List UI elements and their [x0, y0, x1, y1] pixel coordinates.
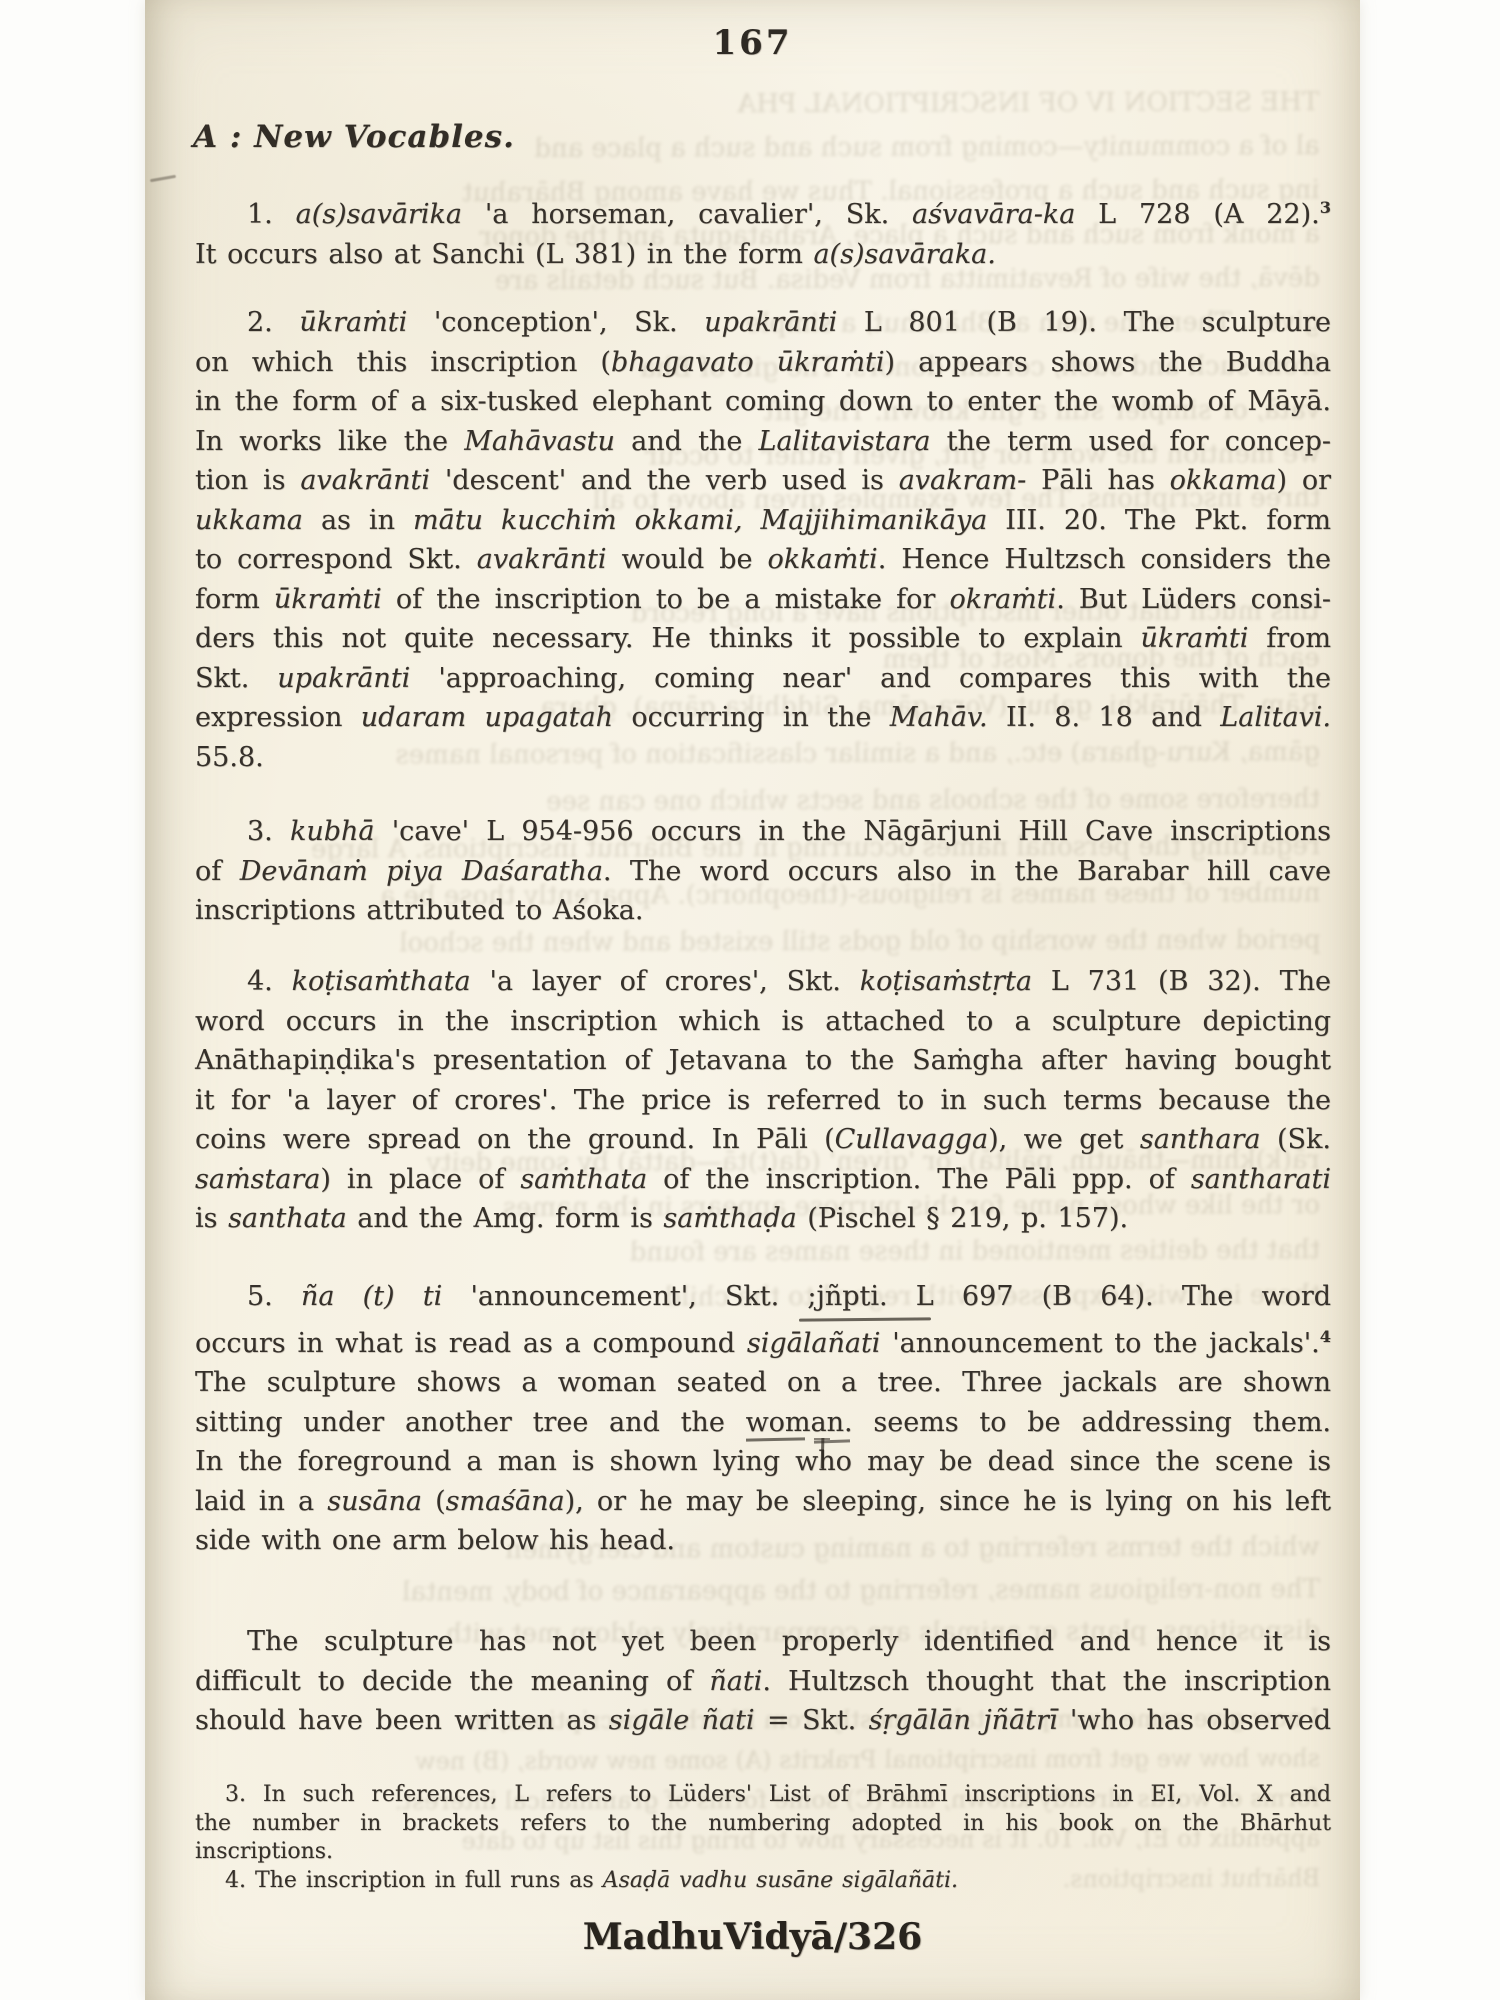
text-segment: ), we get: [988, 1124, 1140, 1155]
text-segment: ), or he may be sleeping, since he is ly…: [565, 1486, 1331, 1517]
text-segment: 'conception', Sk.: [407, 307, 704, 338]
text-line: tion is avakrānti 'descent' and the verb…: [195, 461, 1331, 501]
text-segment: Anāthapiṇḍika's presentation of Jetavana…: [195, 1045, 1331, 1076]
text-segment: saṁthaḍa: [663, 1203, 796, 1234]
text-segment: mātu kucchiṁ okkami, Majjihimanikāya: [413, 505, 987, 536]
text-segment: of the inscription to be a mistake for: [382, 584, 950, 615]
text-segment: 'approaching, coming near' and compares …: [410, 663, 1331, 694]
text-line: expression udaram upagatah occurring in …: [195, 698, 1331, 738]
text-segment: 'descent' and the verb used is: [430, 465, 899, 496]
text-segment: 55.8.: [195, 742, 264, 773]
text-segment: In the foreground a man is shown lying: [195, 1446, 795, 1477]
text-segment: inscriptions attributed to Aśoka.: [195, 895, 643, 926]
text-segment: 1.: [247, 199, 296, 230]
text-segment: . Hence Hultzsch considers the: [878, 544, 1331, 575]
text-line: on which this inscription (bhagavato ūkr…: [195, 343, 1331, 383]
text-segment: may be dead since the scene is: [852, 1446, 1331, 1477]
text-segment: bhagavato ūkraṁti: [611, 347, 885, 378]
text-segment: In works like the: [195, 426, 464, 457]
text-segment: occurring in the: [613, 702, 890, 733]
text-line: In the foreground a man is shown lying w…: [195, 1442, 1331, 1482]
scanned-book-page-screenshot: { "page": { "number": "167", "heading": …: [0, 0, 1500, 2000]
text-line: ders this not quite necessary. He thinks…: [195, 619, 1331, 659]
text-line: 5. ña (t) ti 'announcement', Skt. ;jñpti…: [195, 1277, 1331, 1317]
text-line: It occurs also at Sanchi (L 381) in the …: [195, 235, 1331, 275]
text-segment: should have been written as: [195, 1705, 609, 1736]
text-segment: kubhā: [290, 816, 375, 847]
text-segment: Cullavagga: [835, 1124, 988, 1155]
text-segment: tion is: [195, 465, 300, 496]
text-segment: II. 8. 18 and: [988, 702, 1221, 733]
text-segment: upakrānti: [704, 307, 837, 338]
text-segment: (Pischel § 219, p. 157).: [797, 1203, 1128, 1234]
pen-underlined-word: woman.: [746, 1407, 853, 1438]
text-segment: Lalitavi.: [1220, 702, 1331, 733]
text-line: In works like the Mahāvastu and the Lali…: [195, 422, 1331, 462]
text-segment: difficult to decide the meaning of: [195, 1666, 709, 1697]
footer-text: MadhuVidyā/326: [145, 1916, 1360, 1958]
text-line: 1. a(s)savārika 'a horseman, cavalier', …: [195, 188, 1331, 235]
text-segment: is: [195, 1203, 228, 1234]
text-segment: ūkraṁti: [1140, 623, 1248, 654]
text-segment: Mahāvastu: [464, 426, 615, 457]
text-segment: 'who has observed: [1058, 1705, 1331, 1736]
text-segment: on which this inscription (: [195, 347, 611, 378]
text-segment: the number in brackets refers to the num…: [195, 1811, 1331, 1836]
text-segment: upakrānti: [277, 663, 410, 694]
text-line: The sculpture has not yet been properly …: [195, 1622, 1331, 1662]
text-segment: okraṁti: [949, 584, 1056, 615]
text-line: in the form of a six-tusked elephant com…: [195, 382, 1331, 422]
text-line: 3. In such references, L refers to Lüder…: [195, 1781, 1331, 1810]
text-segment: III. 20. The Pkt. form: [987, 505, 1331, 536]
text-segment: 2.: [247, 307, 299, 338]
text-segment: ūkraṁti: [299, 307, 407, 338]
superscript-reference: 3: [1320, 198, 1331, 217]
text-segment: L 728 (A 22).: [1075, 199, 1319, 230]
section-heading: A : New Vocables.: [193, 119, 515, 155]
superscript-reference: 4: [1320, 1327, 1331, 1346]
paragraph-closing: The sculpture has not yet been properly …: [195, 1622, 1331, 1741]
text-segment: The sculpture has not yet been properly …: [247, 1626, 1331, 1657]
text-segment: koṭisaṁstṛta: [860, 966, 1032, 997]
text-segment: form: [195, 584, 274, 615]
text-segment: santhara: [1140, 1124, 1261, 1155]
text-segment: a(s)savāraka.: [813, 239, 995, 270]
text-segment: okkaṁti: [768, 544, 878, 575]
text-segment: inscriptions.: [195, 1839, 333, 1864]
text-segment: 'announcement', Skt.: [442, 1281, 807, 1312]
text-segment: Mahāv.: [890, 702, 988, 733]
text-line: 55.8.: [195, 738, 1331, 778]
text-line: 4. The inscription in full runs as Asaḍā…: [195, 1867, 1331, 1896]
text-segment: ) or: [1276, 465, 1331, 496]
text-segment: . Hultzsch thought that the inscription: [762, 1666, 1331, 1697]
text-line: Skt. upakrānti 'approaching, coming near…: [195, 659, 1331, 699]
text-line: should have been written as sigāle ñati …: [195, 1701, 1331, 1741]
text-segment: and the Amg. form is: [347, 1203, 664, 1234]
text-line: sitting under another tree and the woman…: [195, 1403, 1331, 1443]
text-segment: santharati: [1191, 1164, 1331, 1195]
text-segment: . The word occurs also in the Barabar hi…: [603, 856, 1331, 887]
pen-marked-word: who: [795, 1446, 852, 1477]
text-segment: Lalitavistara: [759, 426, 931, 457]
text-line: saṁstara) in place of saṁthata of the in…: [195, 1160, 1331, 1200]
paragraph-item-3: 3. kubhā 'cave' L 954-956 occurs in the …: [195, 812, 1331, 931]
text-line: side with one arm below his head.: [195, 1521, 1331, 1561]
text-segment: expression: [195, 702, 361, 733]
text-segment: as in: [303, 505, 413, 536]
text-segment: 'a layer of crores', Skt.: [471, 966, 860, 997]
pen-underlined-word: ;jñpti.: [807, 1281, 887, 1312]
text-line: difficult to decide the meaning of ñati.…: [195, 1662, 1331, 1702]
text-line: inscriptions attributed to Aśoka.: [195, 891, 1331, 931]
text-segment: the term used for concep-: [930, 426, 1331, 457]
text-line: The sculpture shows a woman seated on a …: [195, 1363, 1331, 1403]
text-segment: sitting under another tree and the: [195, 1407, 746, 1438]
text-line: coins were spread on the ground. In Pāli…: [195, 1120, 1331, 1160]
text-segment: and the: [615, 426, 759, 457]
text-segment: to correspond Skt.: [195, 544, 477, 575]
text-segment: okkama: [1170, 465, 1277, 496]
text-line: is santhata and the Amg. form is saṁthaḍ…: [195, 1199, 1331, 1239]
text-segment: avakrānti: [477, 544, 607, 575]
text-segment: L 801 (B 19). The sculpture: [837, 307, 1331, 338]
text-segment: śṛgālān jñātrī: [869, 1705, 1058, 1736]
paragraph-item-2: 2. ūkraṁti 'conception', Sk. upakrānti L…: [195, 303, 1331, 777]
text-line: Anāthapiṇḍika's presentation of Jetavana…: [195, 1041, 1331, 1081]
text-segment: 4.: [247, 966, 292, 997]
text-line: laid in a susāna (smaśāna), or he may be…: [195, 1482, 1331, 1522]
text-segment: smaśāna: [446, 1486, 565, 1517]
text-segment: laid in a: [195, 1486, 327, 1517]
text-segment: udaram upagatah: [361, 702, 613, 733]
footnote-3: 3. In such references, L refers to Lüder…: [195, 1781, 1331, 1867]
text-segment: 3. In such references, L refers to Lüder…: [225, 1782, 1331, 1807]
text-segment: aśvavāra-ka: [912, 199, 1075, 230]
text-line: it for 'a layer of crores'. The price is…: [195, 1081, 1331, 1121]
text-segment: Pāli has: [1026, 465, 1169, 496]
text-segment: seems to be addressing them.: [853, 1407, 1331, 1438]
text-segment: of the inscription. The Pāli ppp. of: [647, 1164, 1191, 1195]
text-segment: of: [195, 856, 240, 887]
text-segment: ñati: [709, 1666, 762, 1697]
text-segment: avakram-: [899, 465, 1027, 496]
text-segment: 3.: [247, 816, 290, 847]
text-segment: word occurs in the inscription which is …: [195, 1006, 1331, 1037]
text-segment: 4. The inscription in full runs as: [225, 1868, 603, 1893]
text-segment: 'a horseman, cavalier', Sk.: [462, 199, 912, 230]
text-segment: sigāle ñati: [609, 1705, 755, 1736]
text-segment: would be: [606, 544, 767, 575]
text-segment: The sculpture shows a woman seated on a …: [195, 1367, 1331, 1398]
text-segment: sigālañati: [747, 1328, 881, 1359]
text-segment: from: [1248, 623, 1331, 654]
text-line: 3. kubhā 'cave' L 954-956 occurs in the …: [195, 812, 1331, 852]
text-segment: (: [422, 1486, 446, 1517]
text-segment: ña (t) ti: [301, 1281, 442, 1312]
page-number: 167: [145, 23, 1360, 63]
text-segment: in the form of a six-tusked elephant com…: [195, 386, 1331, 417]
text-segment: Devānaṁ piya Daśaratha: [240, 856, 603, 887]
text-segment: (Sk.: [1261, 1124, 1331, 1155]
text-segment: L 697 (B 64). The word: [888, 1281, 1331, 1312]
text-segment: Skt.: [195, 663, 277, 694]
paragraph-item-1: 1. a(s)savārika 'a horseman, cavalier', …: [195, 188, 1331, 274]
text-line: to correspond Skt. avakrānti would be ok…: [195, 540, 1331, 580]
text-segment: coins were spread on the ground. In Pāli…: [195, 1124, 835, 1155]
text-line: form ūkraṁti of the inscription to be a …: [195, 580, 1331, 620]
text-segment: L 731 (B 32). The: [1032, 966, 1331, 997]
text-segment: occurs in what is read as a compound: [195, 1328, 747, 1359]
text-line: the number in brackets refers to the num…: [195, 1810, 1331, 1839]
text-segment: ) appears shows the Buddha: [885, 347, 1331, 378]
text-line: 2. ūkraṁti 'conception', Sk. upakrānti L…: [195, 303, 1331, 343]
text-segment: 'announcement to the jackals'.: [880, 1328, 1319, 1359]
text-segment: . But Lüders consi-: [1056, 584, 1331, 615]
text-segment: ders this not quite necessary. He thinks…: [195, 623, 1140, 654]
text-segment: avakrānti: [300, 465, 430, 496]
text-segment: saṁthata: [520, 1164, 647, 1195]
text-line: inscriptions.: [195, 1838, 1331, 1867]
text-segment: = Skt.: [755, 1705, 869, 1736]
text-line: of Devānaṁ piya Daśaratha. The word occu…: [195, 852, 1331, 892]
text-segment: 5.: [247, 1281, 301, 1312]
text-segment: saṁstara: [195, 1164, 320, 1195]
paragraph-item-5: 5. ña (t) ti 'announcement', Skt. ;jñpti…: [195, 1277, 1331, 1561]
text-segment: ukkama: [195, 505, 303, 536]
text-segment: It occurs also at Sanchi (L 381) in the …: [195, 239, 813, 270]
text-line: word occurs in the inscription which is …: [195, 1002, 1331, 1042]
text-segment: koṭisaṁthata: [292, 966, 471, 997]
text-segment: 'cave' L 954-956 occurs in the Nāgārjuni…: [375, 816, 1332, 847]
text-line: occurs in what is read as a compound sig…: [195, 1317, 1331, 1364]
text-line: 4. koṭisaṁthata 'a layer of crores', Skt…: [195, 962, 1331, 1002]
text-segment: side with one arm below his head.: [195, 1525, 675, 1556]
text-segment: ) in place of: [320, 1164, 520, 1195]
text-segment: Asaḍā vadhu susāne sigālañāti.: [603, 1868, 958, 1893]
text-segment: susāna: [327, 1486, 422, 1517]
footnote-4: 4. The inscription in full runs as Asaḍā…: [195, 1867, 1331, 1896]
text-segment: ūkraṁti: [274, 584, 382, 615]
text-segment: a(s)savārika: [296, 199, 462, 230]
text-line: ukkama as in mātu kucchiṁ okkami, Majjih…: [195, 501, 1331, 541]
paragraph-item-4: 4. koṭisaṁthata 'a layer of crores', Skt…: [195, 962, 1331, 1239]
text-segment: santhata: [228, 1203, 347, 1234]
text-segment: it for 'a layer of crores'. The price is…: [195, 1085, 1331, 1116]
